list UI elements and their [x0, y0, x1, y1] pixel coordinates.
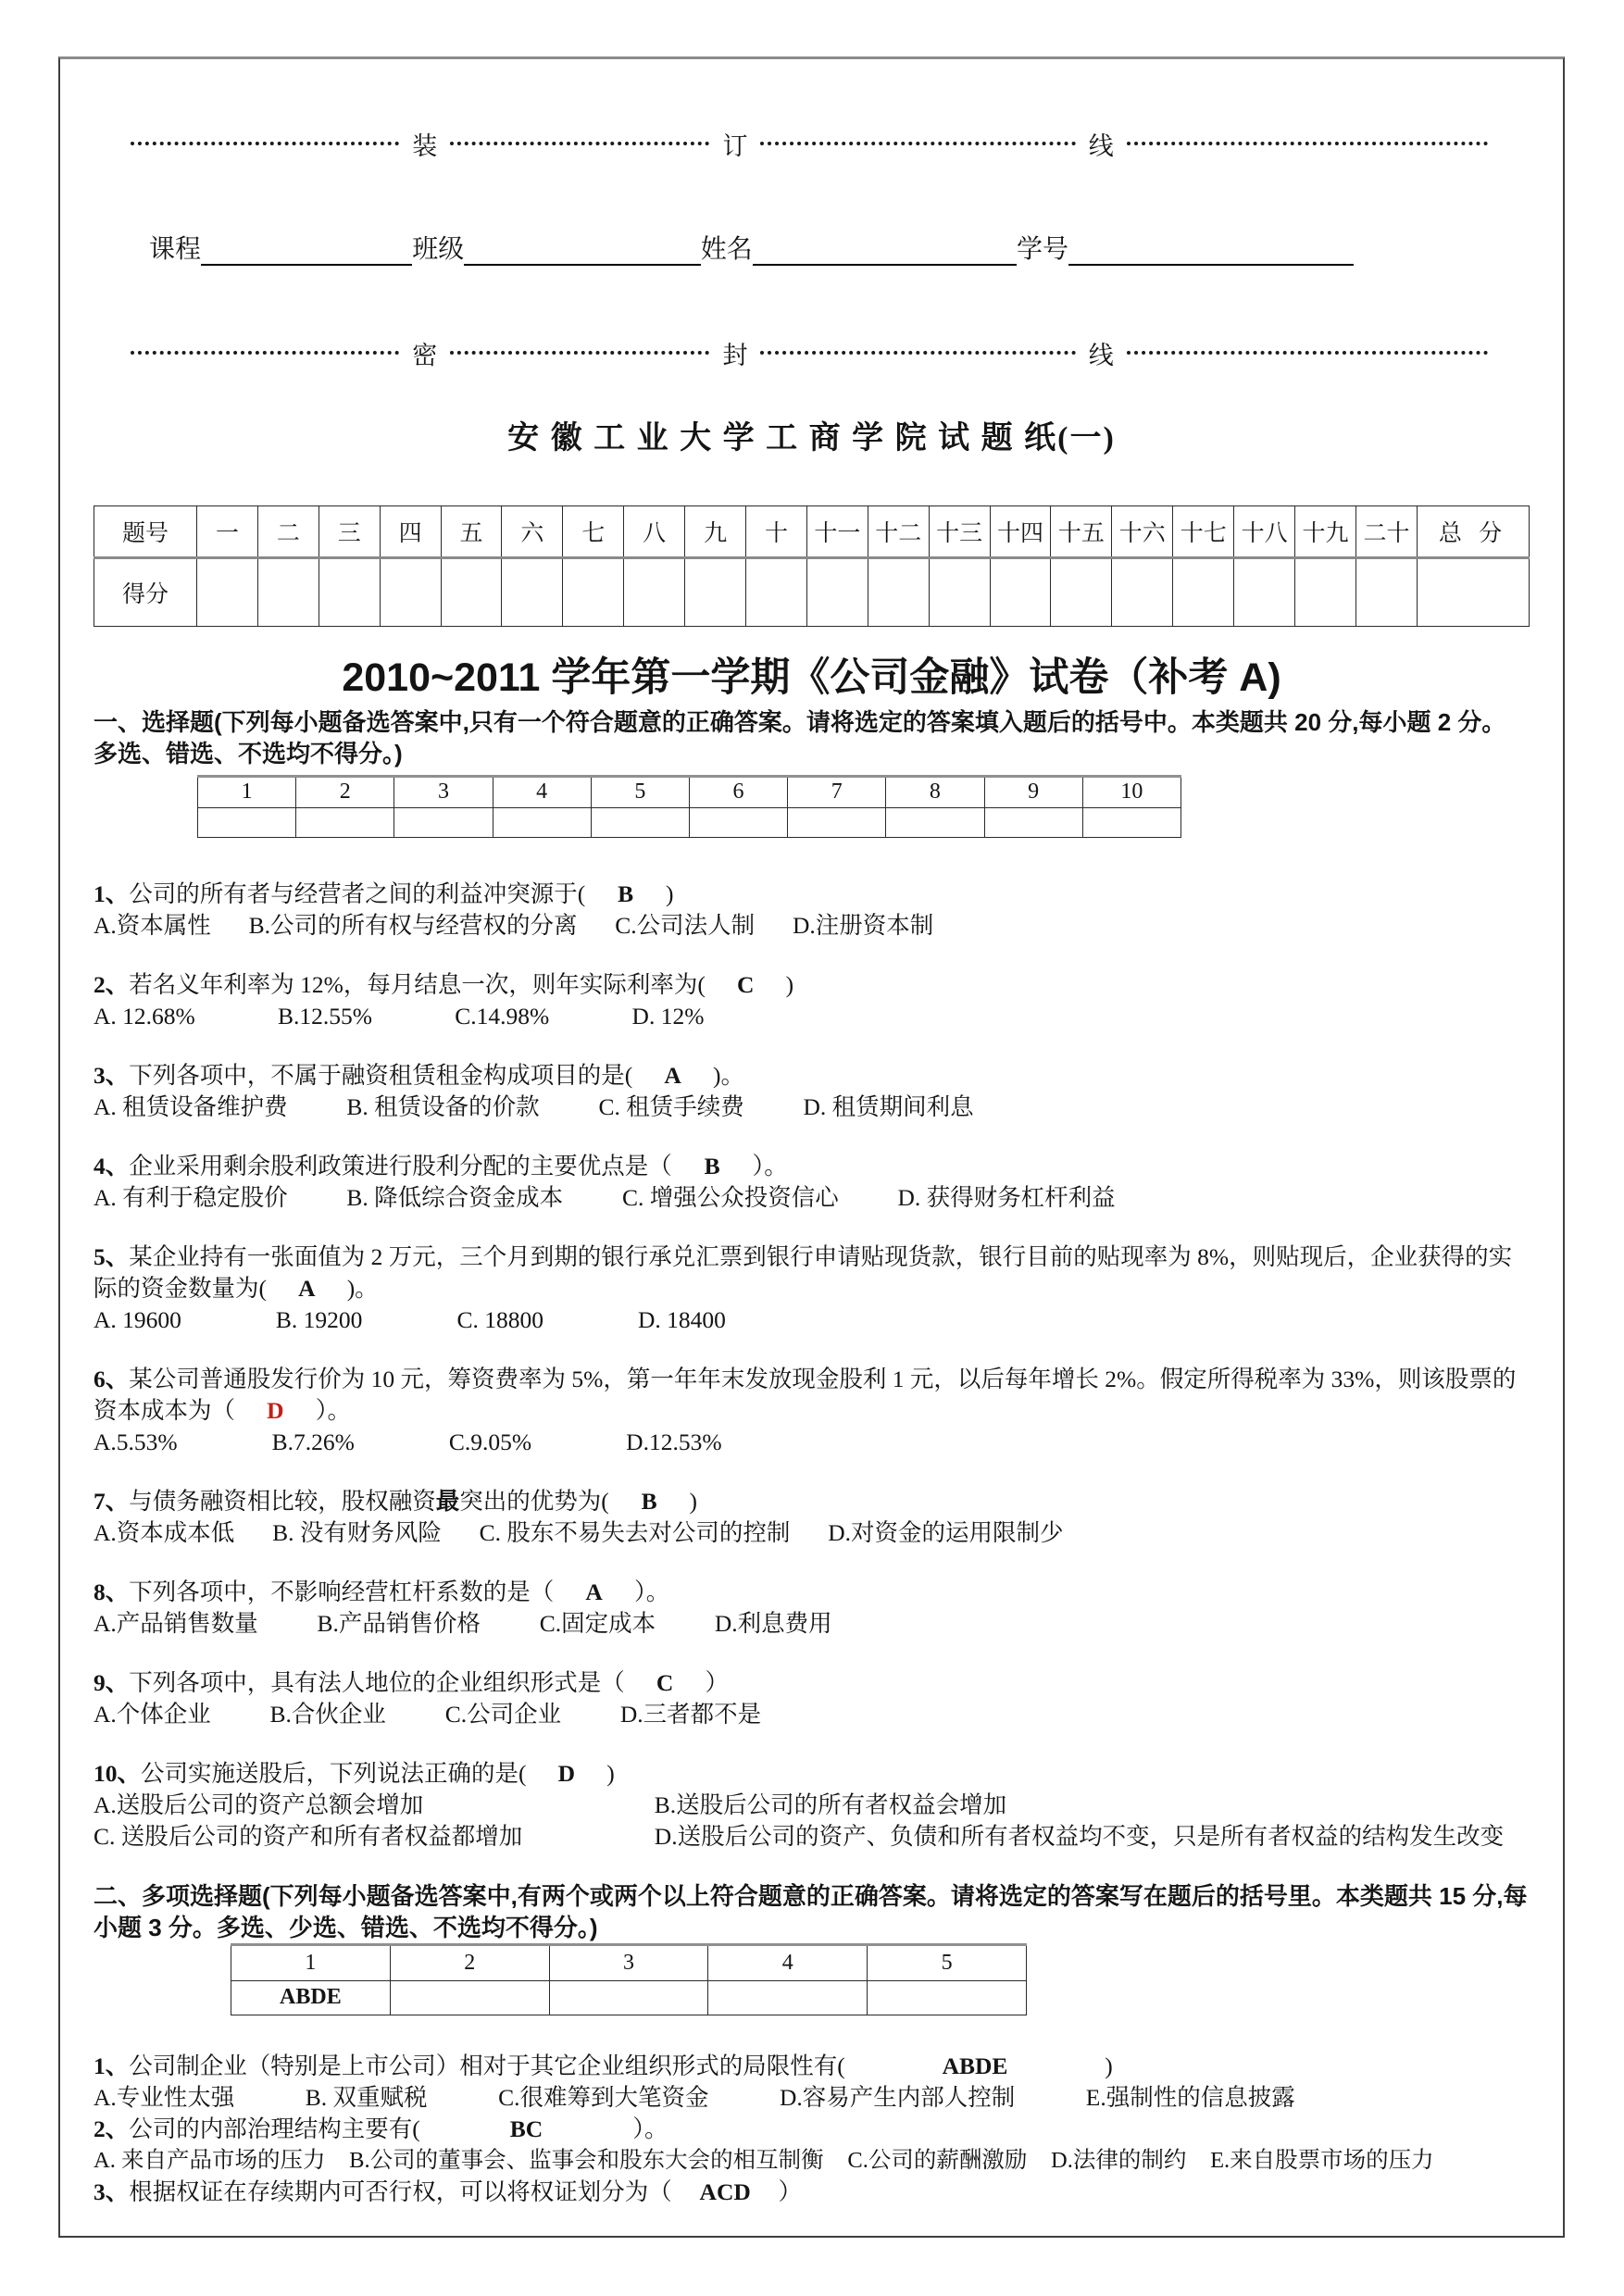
- grid-number: 9: [984, 777, 1082, 808]
- question-text: 公司制企业（特别是上市公司）相对于其它企业组织形式的局限性有(: [129, 2053, 845, 2079]
- score-cell: [1295, 558, 1356, 627]
- score-col: 十: [746, 506, 807, 558]
- question-text: 下列各项中，不属于融资租赁租金构成项目的是(: [129, 1062, 632, 1089]
- grid-answer-cell: [549, 1980, 708, 2015]
- score-col: 三: [319, 506, 380, 558]
- options-row: A.资本成本低 B. 没有财务风险 C. 股东不易失去对公司的控制 D.对资金的…: [94, 1517, 1530, 1549]
- option: C.很难筹到大笔资金: [498, 2082, 708, 2114]
- dotted-rule: [1127, 142, 1488, 145]
- option: C. 股东不易失去对公司的控制: [480, 1517, 791, 1549]
- option: C.公司企业: [445, 1699, 561, 1730]
- grid-answer-cell: ABDE: [231, 1980, 391, 2015]
- option: B. 降低综合资金成本: [346, 1182, 563, 1214]
- section1-heading: 一、选择题(下列每小题备选答案中,只有一个符合题意的正确答案。请将选定的答案填入…: [94, 706, 1530, 769]
- option: C.9.05%: [449, 1427, 531, 1458]
- score-cell: [319, 558, 380, 627]
- binding-line: 装 订 线: [131, 126, 1488, 161]
- question-9: 9、下列各项中，具有法人地位的企业组织形式是（C） A.个体企业 B.合伙企业 …: [94, 1667, 1530, 1730]
- grid-answer-cell: [886, 807, 984, 838]
- option: D. 获得财务杠杆利益: [897, 1182, 1115, 1214]
- question-number: 5、: [94, 1243, 129, 1270]
- score-row-label: 得分: [94, 558, 197, 627]
- grid-answer-cell: [868, 1980, 1027, 2015]
- score-col: 十八: [1234, 506, 1295, 558]
- question-line: 2、若名义年利率为 12%，每月结息一次，则年实际利率为(C): [94, 969, 1530, 1001]
- question-number: 7、: [94, 1488, 129, 1515]
- option: D. 18400: [638, 1304, 726, 1336]
- question-number: 9、: [94, 1669, 129, 1696]
- answer-grid-number-row: 1 2 3 4 5: [231, 1945, 1027, 1981]
- score-cell: [929, 558, 990, 627]
- question-number: 2、: [94, 2115, 129, 2142]
- question-line: 6、某公司普通股发行价为 10 元，筹资费率为 5%，第一年年末发放现金股利 1…: [94, 1364, 1530, 1427]
- question-close: ）。: [634, 1578, 669, 1605]
- score-cell: [868, 558, 929, 627]
- question-line: 7、与债务融资相比较，股权融资最突出的优势为(B): [94, 1486, 1530, 1517]
- option: D. 租赁期间利息: [803, 1092, 973, 1123]
- class-label: 班级: [412, 229, 464, 266]
- option: B.12.55%: [278, 1001, 372, 1032]
- score-table-score-row: 得分: [94, 558, 1530, 627]
- question-line: 4、企业采用剩余股利政策进行股利分配的主要优点是（B）。: [94, 1151, 1530, 1182]
- question-close: ): [606, 1760, 615, 1787]
- options-row: A.个体企业 B.合伙企业 C.公司企业 D.三者都不是: [94, 1699, 1530, 1730]
- seal-label-mi: 密: [399, 335, 450, 371]
- course-blank: [201, 236, 412, 266]
- question-text: 公司的内部治理结构主要有(: [129, 2115, 420, 2142]
- score-cell: [257, 558, 319, 627]
- score-col: 十五: [1051, 506, 1112, 558]
- grid-answer-cell: [591, 807, 689, 838]
- option: D.利息费用: [715, 1608, 832, 1640]
- score-cell: [624, 558, 685, 627]
- question-7: 7、与债务融资相比较，股权融资最突出的优势为(B) A.资本成本低 B. 没有财…: [94, 1486, 1530, 1549]
- option: B.产品销售价格: [318, 1608, 481, 1640]
- score-cell: [806, 558, 868, 627]
- options-row: C. 送股后公司的资产和所有者权益都增加 D.送股后公司的资产、负债和所有者权益…: [94, 1821, 1530, 1853]
- question-10: 10、公司实施送股后，下列说法正确的是(D) A.送股后公司的资产总额会增加 B…: [94, 1758, 1530, 1853]
- question-close: ）: [779, 2178, 803, 2205]
- score-cell: [197, 558, 258, 627]
- score-col: 四: [380, 506, 441, 558]
- option: B.合伙企业: [270, 1699, 386, 1730]
- grid-number: 1: [198, 777, 296, 808]
- grid-answer-cell: [708, 1980, 868, 2015]
- score-cell: [380, 558, 441, 627]
- exam-paper-page: 装 订 线 课程 班级 姓名 学号 密 封 线 安 徽 工 业 大 学 工 商 …: [58, 56, 1565, 2238]
- exam-title: 2010~2011 学年第一学期《公司金融》试卷（补考 A): [94, 653, 1530, 703]
- question-close: ): [666, 880, 674, 907]
- score-col: 六: [502, 506, 563, 558]
- section2-heading: 二、多项选择题(下列每小题备选答案中,有两个或两个以上符合题意的正确答案。请将选…: [94, 1880, 1530, 1943]
- question-line: 10、公司实施送股后，下列说法正确的是(D): [94, 1758, 1530, 1790]
- dotted-rule: [131, 351, 399, 355]
- question-number: 10、: [94, 1760, 141, 1787]
- options-row: A. 有利于稳定股价 B. 降低综合资金成本 C. 增强公众投资信心 D. 获得…: [94, 1182, 1530, 1214]
- grid-number: 5: [591, 777, 689, 808]
- score-col: 二十: [1355, 506, 1417, 558]
- question-text-bold: 最: [436, 1488, 460, 1515]
- option: B.送股后公司的所有者权益会增加: [655, 1790, 1006, 1821]
- question-close: )。: [713, 1062, 744, 1089]
- option: A.个体企业: [94, 1699, 211, 1730]
- score-cell: [746, 558, 807, 627]
- answer-grid-answer-row: ABDE: [231, 1980, 1027, 2015]
- name-label: 姓名: [701, 229, 753, 266]
- option: A.资本属性: [94, 910, 211, 942]
- question-line: 3、根据权证在存续期内可否行权，可以将权证划分为（ACD）: [94, 2177, 1530, 2208]
- option: B.公司的所有权与经营权的分离: [249, 910, 578, 942]
- answer-letter: D: [527, 1758, 607, 1790]
- section2-answer-grid: 1 2 3 4 5 ABDE: [231, 1943, 1027, 2015]
- grid-number: 4: [493, 777, 591, 808]
- binding-label-ding: 订: [709, 126, 760, 162]
- score-col: 五: [441, 506, 502, 558]
- option: A.5.53%: [94, 1427, 178, 1458]
- grid-number: 3: [394, 777, 493, 808]
- option: B.7.26%: [272, 1427, 355, 1458]
- options-row: A.送股后公司的资产总额会增加 B.送股后公司的所有者权益会增加: [94, 1790, 1530, 1821]
- option: A. 12.68%: [94, 1001, 195, 1032]
- answer-letter: C: [625, 1667, 706, 1699]
- score-cell: [1355, 558, 1417, 627]
- dotted-rule: [760, 351, 1075, 355]
- score-col: 十四: [990, 506, 1051, 558]
- grid-number: 7: [788, 777, 886, 808]
- question-text: 下列各项中，具有法人地位的企业组织形式是（: [129, 1669, 625, 1696]
- score-col: 十二: [868, 506, 929, 558]
- name-blank: [753, 236, 1017, 266]
- options-row: A.5.53% B.7.26% C.9.05% D.12.53%: [94, 1427, 1530, 1458]
- question-text: 企业采用剩余股利政策进行股利分配的主要优点是（: [129, 1153, 672, 1179]
- option: B. 19200: [276, 1304, 363, 1336]
- dotted-rule: [450, 142, 709, 145]
- question-text: 下列各项中，不影响经营杠杆系数的是（: [129, 1578, 554, 1605]
- question-close: ）。: [316, 1397, 351, 1424]
- question-3: 3、下列各项中，不属于融资租赁租金构成项目的是(A)。 A. 租赁设备维护费 B…: [94, 1060, 1530, 1123]
- answer-letter: C: [706, 969, 786, 1001]
- answer-grid-number-row: 1 2 3 4 5 6 7 8 9 10: [198, 777, 1181, 808]
- score-cell: [990, 558, 1051, 627]
- question-text: 若名义年利率为 12%，每月结息一次，则年实际利率为(: [129, 971, 706, 998]
- grid-number: 2: [390, 1945, 549, 1981]
- score-col: 八: [624, 506, 685, 558]
- question-close: ）: [705, 1669, 729, 1696]
- question-number: 4、: [94, 1153, 129, 1179]
- option: C.公司的薪酬激励: [847, 2145, 1027, 2177]
- question-text: 与债务融资相比较，股权融资: [129, 1488, 436, 1515]
- seal-label-feng: 封: [709, 335, 760, 371]
- option: B.公司的董事会、监事会和股东大会的相互制衡: [349, 2145, 823, 2177]
- question-close: )。: [347, 1275, 379, 1302]
- option: D.送股后公司的资产、负债和所有者权益均不变，只是所有者权益的结构发生改变: [655, 1821, 1504, 1853]
- score-cell: [441, 558, 502, 627]
- score-table: 题号 一 二 三 四 五 六 七 八 九 十 十一 十二 十三 十四 十五 十六…: [94, 505, 1530, 627]
- answer-letter: A: [632, 1060, 713, 1092]
- option: C. 送股后公司的资产和所有者权益都增加: [94, 1821, 617, 1853]
- score-col: 十九: [1295, 506, 1356, 558]
- answer-grid-answer-row: [198, 807, 1181, 838]
- option: C. 租赁手续费: [598, 1092, 743, 1123]
- answer-letter: B: [585, 879, 666, 910]
- option: C.公司法人制: [615, 910, 755, 942]
- option: C.固定成本: [540, 1608, 656, 1640]
- score-cell: [1234, 558, 1295, 627]
- question-line: 9、下列各项中，具有法人地位的企业组织形式是（C）: [94, 1667, 1530, 1699]
- score-cell: [685, 558, 746, 627]
- option: D.12.53%: [626, 1427, 721, 1458]
- option: A.送股后公司的资产总额会增加: [94, 1790, 617, 1821]
- option: E.来自股票市场的压力: [1210, 2145, 1434, 2177]
- question-6: 6、某公司普通股发行价为 10 元，筹资费率为 5%，第一年年末发放现金股利 1…: [94, 1364, 1530, 1458]
- grid-answer-cell: [689, 807, 787, 838]
- grid-answer-cell: [1082, 807, 1181, 838]
- question-1: 1、公司的所有者与经营者之间的利益冲突源于(B) A.资本属性 B.公司的所有权…: [94, 879, 1530, 942]
- question-close: ）。: [752, 1153, 787, 1179]
- option: E.强制性的信息披露: [1086, 2082, 1295, 2114]
- score-corner-cell: 题号: [94, 506, 197, 558]
- score-col: 一: [197, 506, 258, 558]
- grid-number: 4: [708, 1945, 868, 1981]
- answer-letter: ABDE: [845, 2051, 1106, 2082]
- option: A. 租赁设备维护费: [94, 1092, 288, 1123]
- grid-number: 1: [231, 1945, 391, 1981]
- option: A.资本成本低: [94, 1517, 234, 1549]
- class-blank: [464, 236, 701, 266]
- question-number: 1、: [94, 2053, 129, 2079]
- answer-letter: A: [267, 1273, 347, 1304]
- question-text: 突出的优势为(: [459, 1488, 609, 1515]
- score-cell: [502, 558, 563, 627]
- binding-label-zhuang: 装: [399, 126, 450, 162]
- question-number: 6、: [94, 1366, 129, 1392]
- answer-letter: ACD: [672, 2177, 779, 2208]
- grid-answer-cell: [394, 807, 493, 838]
- student-id-blank: [1068, 236, 1354, 266]
- options-row: A.专业性太强 B. 双重赋税 C.很难筹到大笔资金 D.容易产生内部人控制 E…: [94, 2082, 1530, 2114]
- question-2: 2、若名义年利率为 12%，每月结息一次，则年实际利率为(C) A. 12.68…: [94, 969, 1530, 1032]
- score-col: 九: [685, 506, 746, 558]
- question-number: 8、: [94, 1578, 129, 1605]
- option: B. 租赁设备的价款: [346, 1092, 539, 1123]
- option: D.容易产生内部人控制: [780, 2082, 1015, 2114]
- student-info-row: 课程 班级 姓名 学号: [149, 231, 1354, 266]
- school-header: 安 徽 工 业 大 学 工 商 学 院 试 题 纸(一): [94, 418, 1530, 459]
- question-close: ): [786, 971, 794, 998]
- total-score-value-cell: [1418, 558, 1530, 627]
- student-id-label: 学号: [1017, 229, 1068, 266]
- dotted-rule: [1127, 351, 1488, 355]
- score-cell: [1173, 558, 1234, 627]
- grid-answer-cell: [493, 807, 591, 838]
- section1-answer-grid: 1 2 3 4 5 6 7 8 9 10: [197, 775, 1181, 838]
- options-row: A.资本属性 B.公司的所有权与经营权的分离 C.公司法人制 D.注册资本制: [94, 910, 1530, 942]
- question-4: 4、企业采用剩余股利政策进行股利分配的主要优点是（B）。 A. 有利于稳定股价 …: [94, 1151, 1530, 1214]
- grid-answer-cell: [198, 807, 296, 838]
- question-5: 5、某企业持有一张面值为 2 万元，三个月到期的银行承兑汇票到银行申请贴现货款，…: [94, 1242, 1530, 1336]
- answer-letter: A: [554, 1577, 634, 1608]
- question-line: 8、下列各项中，不影响经营杠杆系数的是（A）。: [94, 1577, 1530, 1608]
- score-cell: [563, 558, 624, 627]
- option: A. 19600: [94, 1304, 181, 1336]
- option: C.14.98%: [455, 1001, 549, 1032]
- answer-letter: B: [609, 1486, 690, 1517]
- score-table-header-row: 题号 一 二 三 四 五 六 七 八 九 十 十一 十二 十三 十四 十五 十六…: [94, 506, 1530, 558]
- question-text: 根据权证在存续期内可否行权，可以将权证划分为（: [129, 2178, 672, 2205]
- seal-line: 密 封 线: [131, 335, 1488, 370]
- section2-question-2: 2、公司的内部治理结构主要有(BC）。 A. 来自产品市场的压力 B.公司的董事…: [94, 2114, 1530, 2177]
- binding-label-xian: 线: [1076, 126, 1127, 162]
- course-label: 课程: [149, 229, 201, 266]
- option: A. 有利于稳定股价: [94, 1182, 288, 1214]
- question-8: 8、下列各项中，不影响经营杠杆系数的是（A）。 A.产品销售数量 B.产品销售价…: [94, 1577, 1530, 1640]
- total-score-cell: 总 分: [1418, 506, 1530, 558]
- score-cell: [1051, 558, 1112, 627]
- option: A.专业性太强: [94, 2082, 234, 2114]
- score-col: 十七: [1173, 506, 1234, 558]
- grid-answer-cell: [296, 807, 394, 838]
- option: C. 18800: [456, 1304, 543, 1336]
- grid-number: 6: [689, 777, 787, 808]
- question-number: 3、: [94, 1062, 129, 1089]
- score-col: 十六: [1112, 506, 1173, 558]
- grid-number: 2: [296, 777, 394, 808]
- options-row: A. 租赁设备维护费 B. 租赁设备的价款 C. 租赁手续费 D. 租赁期间利息: [94, 1092, 1530, 1123]
- question-number: 3、: [94, 2178, 129, 2205]
- question-line: 2、公司的内部治理结构主要有(BC）。: [94, 2114, 1530, 2145]
- score-col: 十三: [929, 506, 990, 558]
- score-cell: [1112, 558, 1173, 627]
- option: A.产品销售数量: [94, 1608, 258, 1640]
- dotted-rule: [131, 142, 399, 145]
- option: C. 增强公众投资信心: [622, 1182, 839, 1214]
- grid-number: 8: [886, 777, 984, 808]
- answer-letter: D: [235, 1395, 316, 1427]
- grid-number: 5: [868, 1945, 1027, 1981]
- question-number: 1、: [94, 880, 129, 907]
- seal-label-xian: 线: [1076, 335, 1127, 371]
- grid-answer-cell: [788, 807, 886, 838]
- question-text: 公司的所有者与经营者之间的利益冲突源于(: [129, 880, 585, 907]
- options-row: A. 12.68% B.12.55% C.14.98% D. 12%: [94, 1001, 1530, 1032]
- option: B. 双重赋税: [306, 2082, 428, 2114]
- option: D.三者都不是: [620, 1699, 761, 1730]
- grid-answer-cell: [984, 807, 1082, 838]
- question-text: 公司实施送股后，下列说法正确的是(: [141, 1760, 527, 1787]
- option: D.注册资本制: [793, 910, 933, 942]
- question-line: 1、公司的所有者与经营者之间的利益冲突源于(B): [94, 879, 1530, 910]
- option: D.对资金的运用限制少: [828, 1517, 1063, 1549]
- score-col: 七: [563, 506, 624, 558]
- option: A. 来自产品市场的压力: [94, 2145, 325, 2177]
- question-close: ): [1105, 2053, 1113, 2079]
- dotted-rule: [760, 142, 1075, 145]
- question-number: 2、: [94, 971, 129, 998]
- grid-number: 10: [1082, 777, 1181, 808]
- score-col: 十一: [806, 506, 868, 558]
- options-row: A.产品销售数量 B.产品销售价格 C.固定成本 D.利息费用: [94, 1608, 1530, 1640]
- section2-question-3: 3、根据权证在存续期内可否行权，可以将权证划分为（ACD）: [94, 2177, 1530, 2208]
- grid-answer-cell: [390, 1980, 549, 2015]
- grid-number: 3: [549, 1945, 708, 1981]
- options-row: A. 来自产品市场的压力 B.公司的董事会、监事会和股东大会的相互制衡 C.公司…: [94, 2145, 1530, 2177]
- question-line: 1、公司制企业（特别是上市公司）相对于其它企业组织形式的局限性有(ABDE): [94, 2051, 1530, 2082]
- score-col: 二: [257, 506, 319, 558]
- answer-letter: BC: [420, 2114, 633, 2145]
- question-line: 3、下列各项中，不属于融资租赁租金构成项目的是(A)。: [94, 1060, 1530, 1092]
- question-close: ）。: [632, 2115, 668, 2142]
- question-close: ): [689, 1488, 697, 1515]
- question-line: 5、某企业持有一张面值为 2 万元，三个月到期的银行承兑汇票到银行申请贴现货款，…: [94, 1242, 1530, 1304]
- option: D.法律的制约: [1051, 2145, 1186, 2177]
- section2: 二、多项选择题(下列每小题备选答案中,有两个或两个以上符合题意的正确答案。请将选…: [94, 1880, 1530, 2208]
- dotted-rule: [450, 351, 709, 355]
- section2-question-1: 1、公司制企业（特别是上市公司）相对于其它企业组织形式的局限性有(ABDE) A…: [94, 2051, 1530, 2114]
- options-row: A. 19600 B. 19200 C. 18800 D. 18400: [94, 1304, 1530, 1336]
- answer-letter: B: [672, 1151, 753, 1182]
- option: D. 12%: [632, 1001, 705, 1032]
- option: B. 没有财务风险: [272, 1517, 442, 1549]
